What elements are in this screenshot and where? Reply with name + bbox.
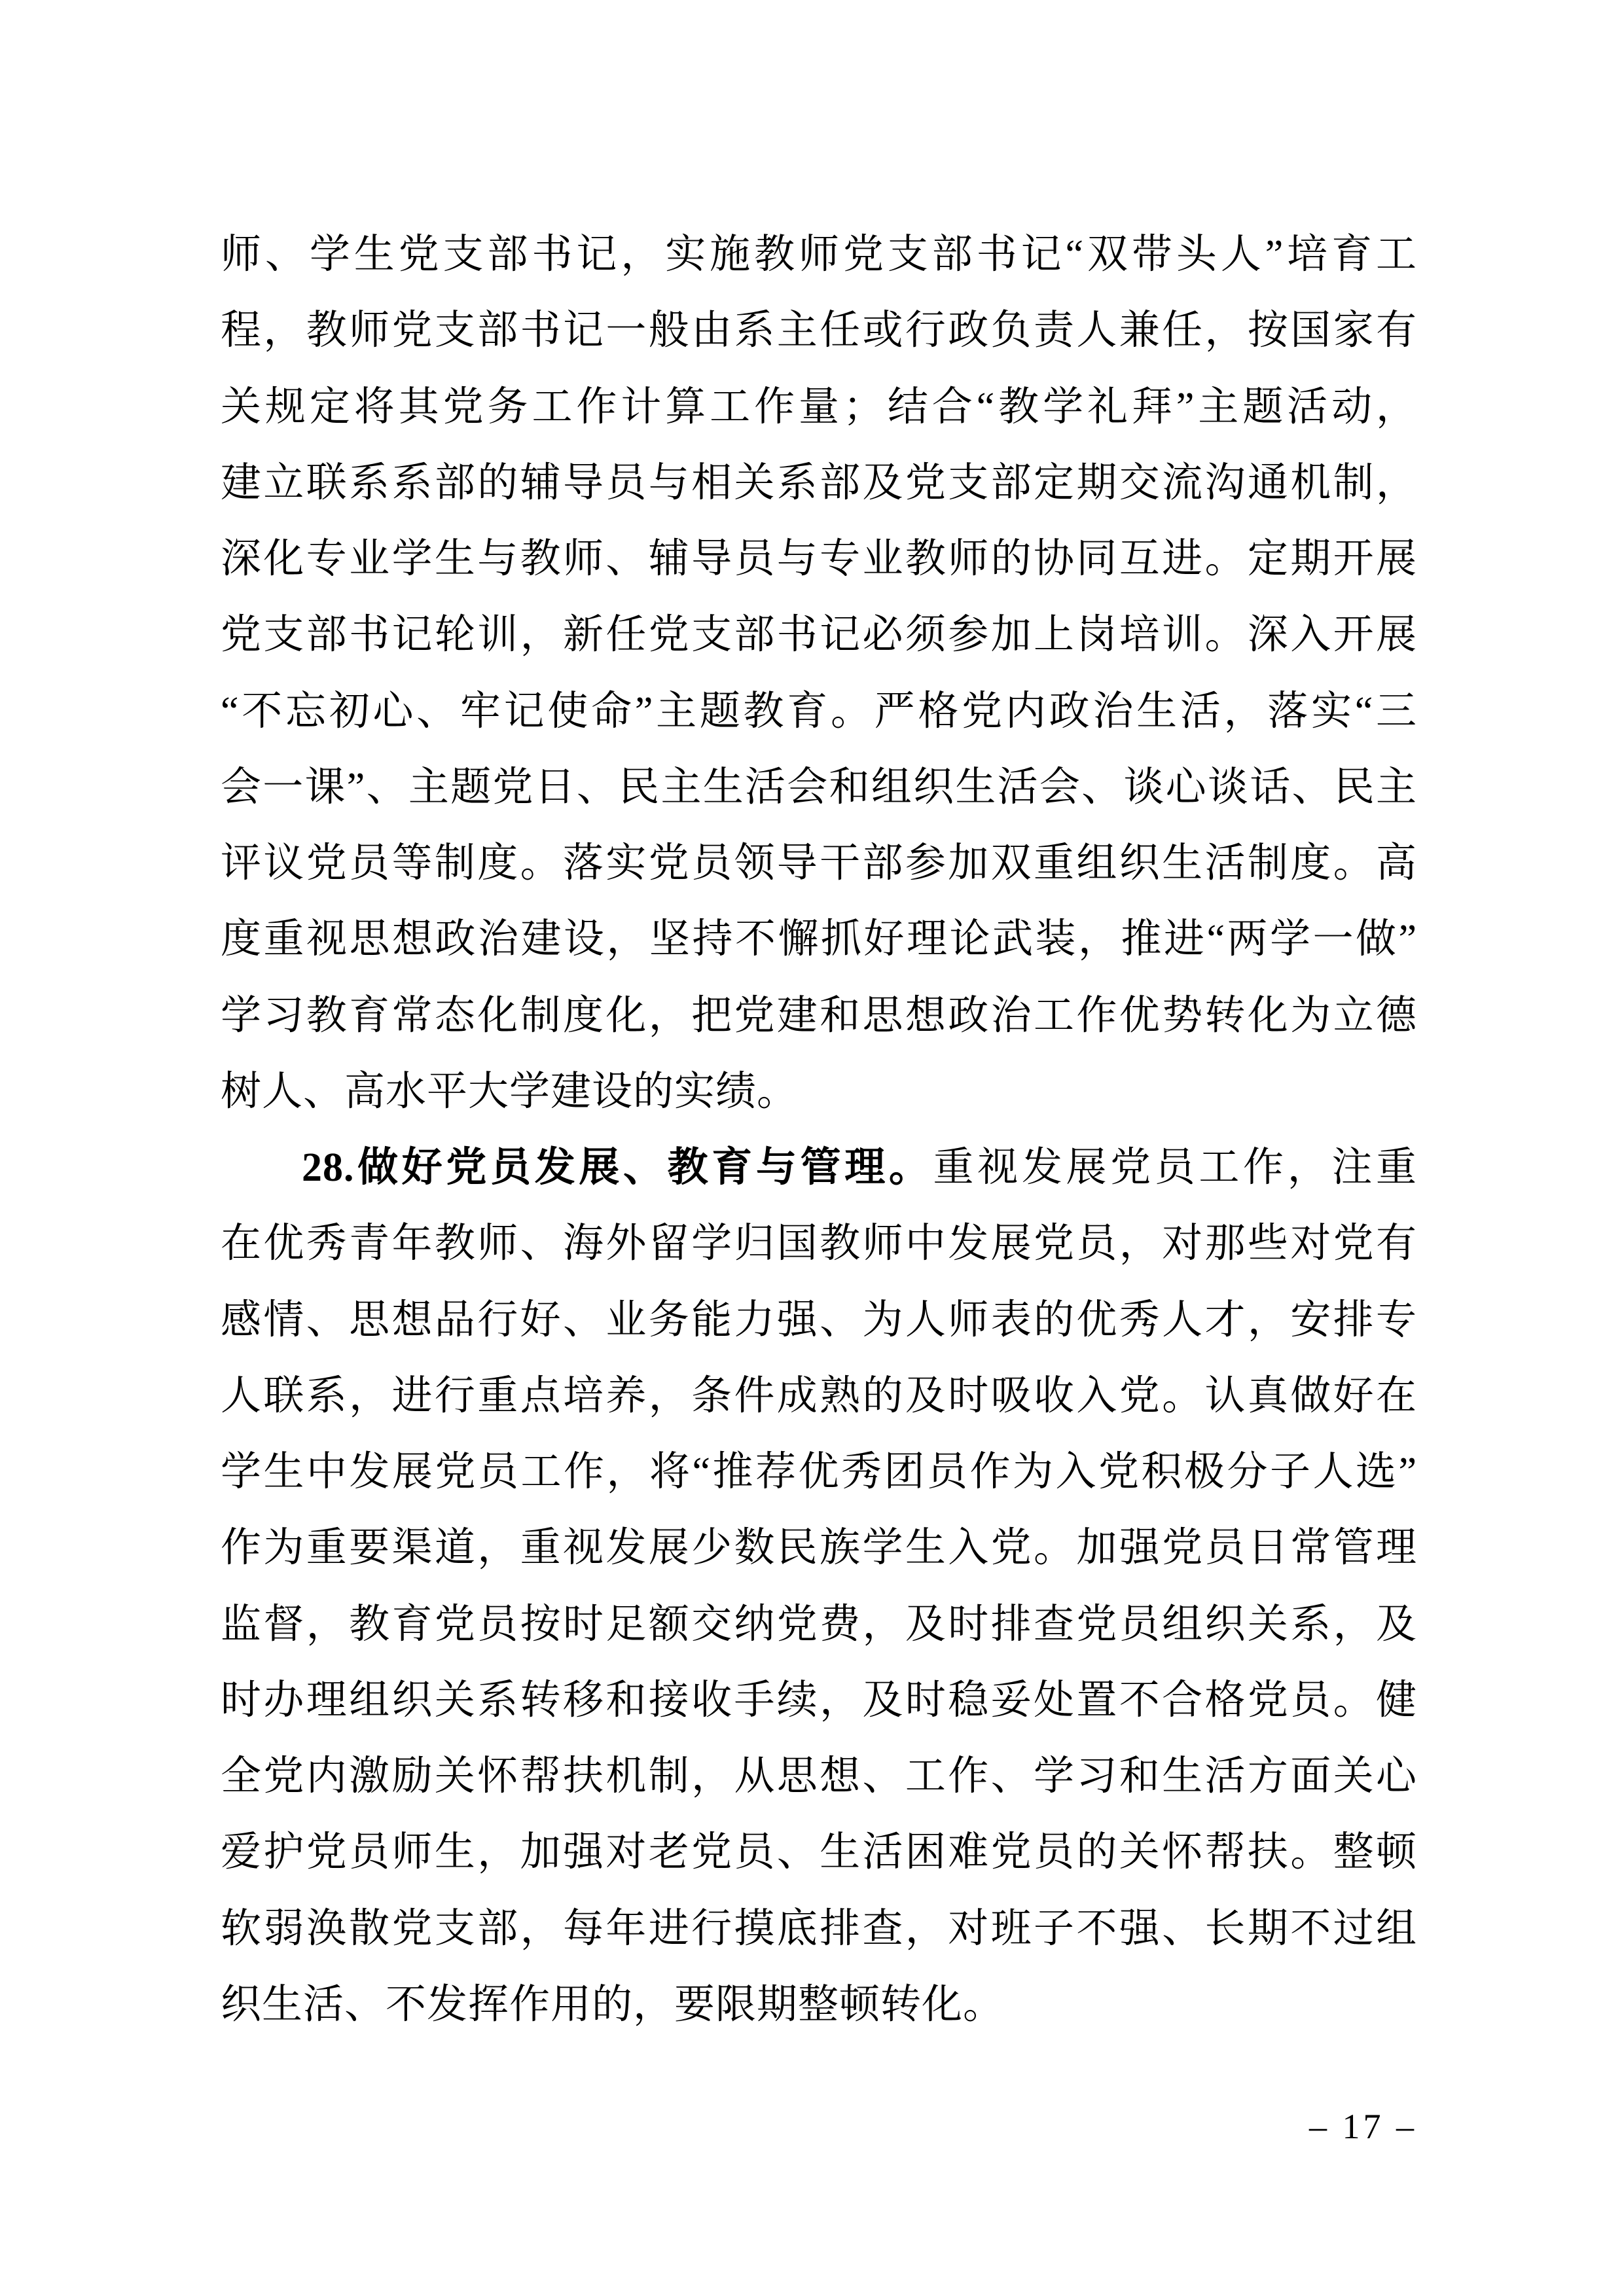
body-line: 全党内激励关怀帮扶机制，从思想、工作、学习和生活方面关心 xyxy=(221,1738,1417,1814)
body-line: 在优秀青年教师、海外留学归国教师中发展党员，对那些对党有 xyxy=(221,1206,1417,1282)
body-line-paragraph-end: 树人、高水平大学建设的实绩。 xyxy=(221,1054,1417,1130)
body-line: 作为重要渠道，重视发展少数民族学生入党。加强党员日常管理 xyxy=(221,1510,1417,1586)
body-text: 师、学生党支部书记，实施教师党支部书记“双带头人”培育工 程，教师党支部书记一般… xyxy=(221,217,1417,2043)
body-line: 软弱涣散党支部，每年进行摸底排查，对班子不强、长期不过组 xyxy=(221,1891,1417,1967)
body-line: 评议党员等制度。落实党员领导干部参加双重组织生活制度。高 xyxy=(221,825,1417,901)
body-line: 程，教师党支部书记一般由系主任或行政负责人兼任，按国家有 xyxy=(221,293,1417,368)
body-line: 党支部书记轮训，新任党支部书记必须参加上岗培训。深入开展 xyxy=(221,597,1417,673)
document-page: 师、学生党支部书记，实施教师党支部书记“双带头人”培育工 程，教师党支部书记一般… xyxy=(0,0,1624,2296)
body-line: “不忘初心、牢记使命”主题教育。严格党内政治生活，落实“三 xyxy=(221,673,1417,749)
body-line: 师、学生党支部书记，实施教师党支部书记“双带头人”培育工 xyxy=(221,217,1417,293)
body-line: 时办理组织关系转移和接收手续，及时稳妥处置不合格党员。健 xyxy=(221,1662,1417,1738)
page-number: – 17 – xyxy=(1309,2106,1417,2147)
body-line: 学习教育常态化制度化，把党建和思想政治工作优势转化为立德 xyxy=(221,978,1417,1054)
body-line: 度重视思想政治建设，坚持不懈抓好理论武装，推进“两学一做” xyxy=(221,901,1417,977)
body-line: 建立联系系部的辅导员与相关系部及党支部定期交流沟通机制， xyxy=(221,445,1417,521)
body-line: 深化专业学生与教师、辅导员与专业教师的协同互进。定期开展 xyxy=(221,521,1417,597)
body-line: 学生中发展党员工作，将“推荐优秀团员作为入党积极分子人选” xyxy=(221,1434,1417,1510)
body-line: 监督，教育党员按时足额交纳党费，及时排查党员组织关系，及 xyxy=(221,1587,1417,1662)
body-line-paragraph-end: 织生活、不发挥作用的，要限期整顿转化。 xyxy=(221,1967,1417,2043)
body-line: 感情、思想品行好、业务能力强、为人师表的优秀人才，安排专 xyxy=(221,1282,1417,1358)
numbered-clause-first-line: 28.做好党员发展、教育与管理。重视发展党员工作，注重 xyxy=(221,1130,1417,1206)
clause-number-heading: 28.做好党员发展、教育与管理。 xyxy=(302,1145,933,1190)
body-line: 会一课”、主题党日、民主生活会和组织生活会、谈心谈话、民主 xyxy=(221,749,1417,825)
body-line: 关规定将其党务工作计算工作量；结合“教学礼拜”主题活动， xyxy=(221,369,1417,445)
body-line: 人联系，进行重点培养，条件成熟的及时吸收入党。认真做好在 xyxy=(221,1358,1417,1434)
body-line: 爱护党员师生，加强对老党员、生活困难党员的关怀帮扶。整顿 xyxy=(221,1814,1417,1890)
clause-first-line-tail: 重视发展党员工作，注重 xyxy=(933,1145,1417,1190)
